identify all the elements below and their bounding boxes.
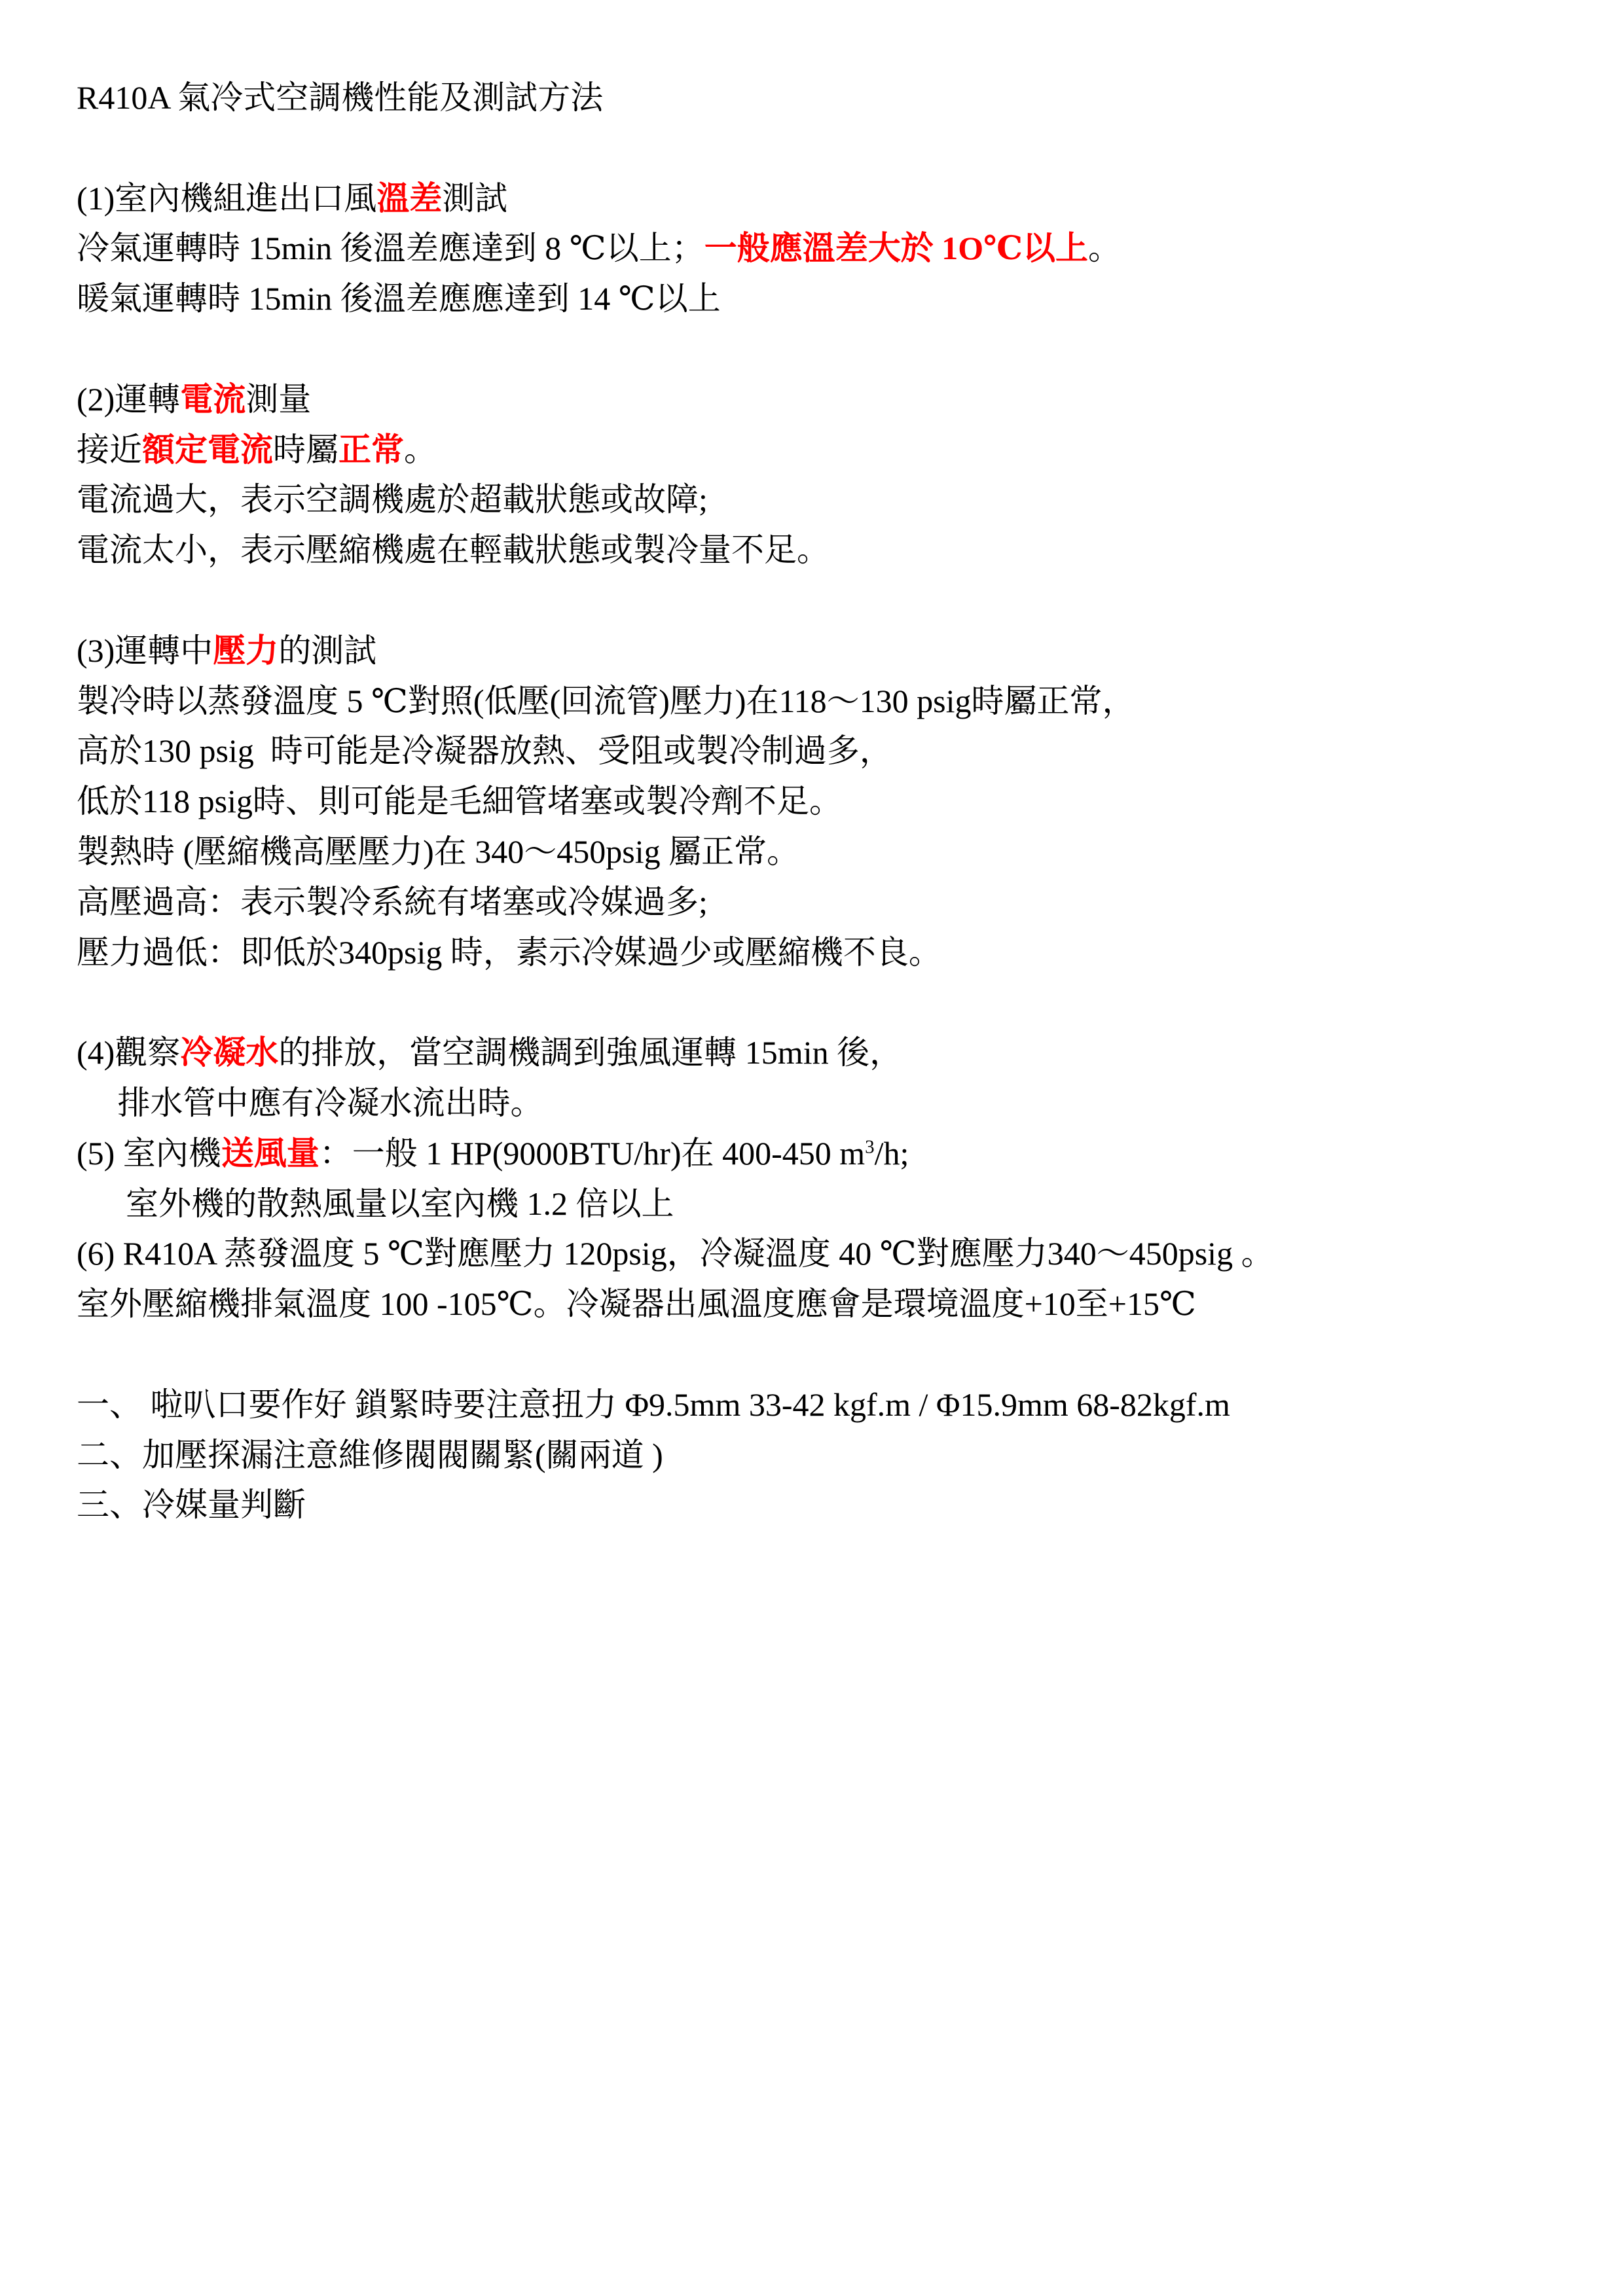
emphasis-text: 額定電流 [142,431,273,468]
empty-line [77,575,1564,626]
emphasis-text: 送風量 [221,1135,319,1172]
text-segment: R410A 氣冷式空調機性能及測試方法 [77,79,603,116]
text-segment: (2)運轉 [77,381,180,418]
section-2-line-2: 電流過大，表示空調機處於超載狀態或故障; [77,475,1564,525]
text-segment: /h; [875,1135,909,1172]
text-segment: 。 [404,431,437,468]
text-segment: 。 [1088,230,1121,266]
text-segment: 的測試 [278,632,376,669]
text-segment: 接近 [77,431,142,468]
text-segment: ：一般 1 HP(9000BTU/hr)在 400-450 m [319,1135,865,1172]
section-2-line-3: 電流太小，表示壓縮機處在輕載狀態或製冷量不足。 [77,525,1564,575]
section-3-line-2: 高於130 psig 時可能是冷凝器放熱、受阻或製冷制過多， [77,726,1564,776]
section-2-line-1: 接近額定電流時屬正常。 [77,425,1564,475]
section-1-line-2: 暖氣運轉時 15min 後溫差應應達到 14 ℃以上 [77,274,1564,324]
section-3-line-5: 高壓過高：表示製冷系統有堵塞或冷媒過多; [77,877,1564,927]
section-3-line-6: 壓力過低：即低於340psig 時，素示冷媒過少或壓縮機不良。 [77,927,1564,978]
text-segment: 電流太小，表示壓縮機處在輕載狀態或製冷量不足。 [77,531,830,568]
text-segment: 電流過大，表示空調機處於超載狀態或故障; [77,481,708,518]
section-6-line-2: 室外壓縮機排氣溫度 100 -105℃。冷凝器出風溫度應會是環境溫度+10至+1… [77,1279,1564,1329]
emphasis-text: 冷凝水 [180,1034,278,1071]
text-segment: (4)觀察 [77,1034,180,1071]
section-1-heading: (1)室內機組進出口風溫差測試 [77,173,1564,224]
emphasis-text: 一般應溫差大於 1O℃以上 [704,230,1088,266]
empty-line [77,977,1564,1028]
section-5-line-2: 室外機的散熱風量以室內機 1.2 倍以上 [77,1179,1564,1229]
emphasis-text: 溫差 [376,180,442,217]
text-segment: 室外機的散熱風量以室內機 1.2 倍以上 [77,1185,674,1222]
text-segment: 一、 啦叭口要作好 鎖緊時要注意扭力 Φ9.5mm 33-42 kgf.m / … [77,1386,1230,1423]
section-5-line-1: (5) 室內機送風量：一般 1 HP(9000BTU/hr)在 400-450 … [77,1128,1564,1179]
text-segment: (1)室內機組進出口風 [77,180,376,217]
text-segment: 排水管中應有冷凝水流出時。 [77,1085,543,1121]
text-segment: 測量 [246,381,311,418]
list-item-1: 一、 啦叭口要作好 鎖緊時要注意扭力 Φ9.5mm 33-42 kgf.m / … [77,1380,1564,1430]
text-segment: 室外壓縮機排氣溫度 100 -105℃。冷凝器出風溫度應會是環境溫度+10至+1… [77,1285,1196,1322]
section-3-line-3: 低於118 psig時、則可能是毛細管堵塞或製冷劑不足。 [77,776,1564,827]
section-2-heading: (2)運轉電流測量 [77,374,1564,425]
text-segment: 測試 [442,180,507,217]
section-3-line-4: 製熱時 (壓縮機高壓壓力)在 340～450psig 屬正常。 [77,827,1564,877]
text-segment: 高於130 psig 時可能是冷凝器放熱、受阻或製冷制過多， [77,732,892,769]
title: R410A 氣冷式空調機性能及測試方法 [77,73,1564,123]
document-body: R410A 氣冷式空調機性能及測試方法(1)室內機組進出口風溫差測試冷氣運轉時 … [77,73,1564,1530]
text-segment: 二、加壓探漏注意維修閥閥關緊(關兩道 ) [77,1437,663,1473]
section-4-line-2: 排水管中應有冷凝水流出時。 [77,1078,1564,1128]
text-segment: 的排放，當空調機調到強風運轉 15min 後， [278,1034,902,1071]
text-segment: (6) R410A 蒸發溫度 5 ℃對應壓力 120psig，冷凝溫度 40 ℃… [77,1235,1274,1272]
text-segment: 暖氣運轉時 15min 後溫差應應達到 14 ℃以上 [77,280,721,317]
text-segment: (3)運轉中 [77,632,213,669]
text-segment: 壓力過低：即低於340psig 時，素示冷媒過少或壓縮機不良。 [77,934,941,971]
text-segment: 時屬 [273,431,338,468]
superscript-text: 3 [865,1136,875,1157]
section-3-heading: (3)運轉中壓力的測試 [77,626,1564,676]
section-6-line-1: (6) R410A 蒸發溫度 5 ℃對應壓力 120psig，冷凝溫度 40 ℃… [77,1229,1564,1279]
text-segment: 冷氣運轉時 15min 後溫差應達到 8 ℃以上； [77,230,704,266]
empty-line [77,123,1564,173]
emphasis-text: 電流 [180,381,246,418]
text-segment: 製熱時 (壓縮機高壓壓力)在 340～450psig 屬正常。 [77,833,799,870]
list-item-2: 二、加壓探漏注意維修閥閥關緊(關兩道 ) [77,1430,1564,1480]
emphasis-text: 壓力 [213,632,278,669]
empty-line [77,324,1564,374]
section-4-line-1: (4)觀察冷凝水的排放，當空調機調到強風運轉 15min 後， [77,1028,1564,1078]
text-segment: 高壓過高：表示製冷系統有堵塞或冷媒過多; [77,884,708,920]
text-segment: 低於118 psig時、則可能是毛細管堵塞或製冷劑不足。 [77,783,842,819]
text-segment: 製冷時以蒸發溫度 5 ℃對照(低壓(回流管)壓力)在118～130 psig時屬… [77,683,1135,719]
document-page: R410A 氣冷式空調機性能及測試方法(1)室內機組進出口風溫差測試冷氣運轉時 … [0,0,1623,2296]
empty-line [77,1329,1564,1380]
text-segment: 三、冷媒量判斷 [77,1486,306,1523]
section-1-line-1: 冷氣運轉時 15min 後溫差應達到 8 ℃以上；一般應溫差大於 1O℃以上。 [77,223,1564,274]
text-segment: (5) 室內機 [77,1135,221,1172]
list-item-3: 三、冷媒量判斷 [77,1480,1564,1530]
section-3-line-1: 製冷時以蒸發溫度 5 ℃對照(低壓(回流管)壓力)在118～130 psig時屬… [77,676,1564,726]
emphasis-text: 正常 [338,431,404,468]
